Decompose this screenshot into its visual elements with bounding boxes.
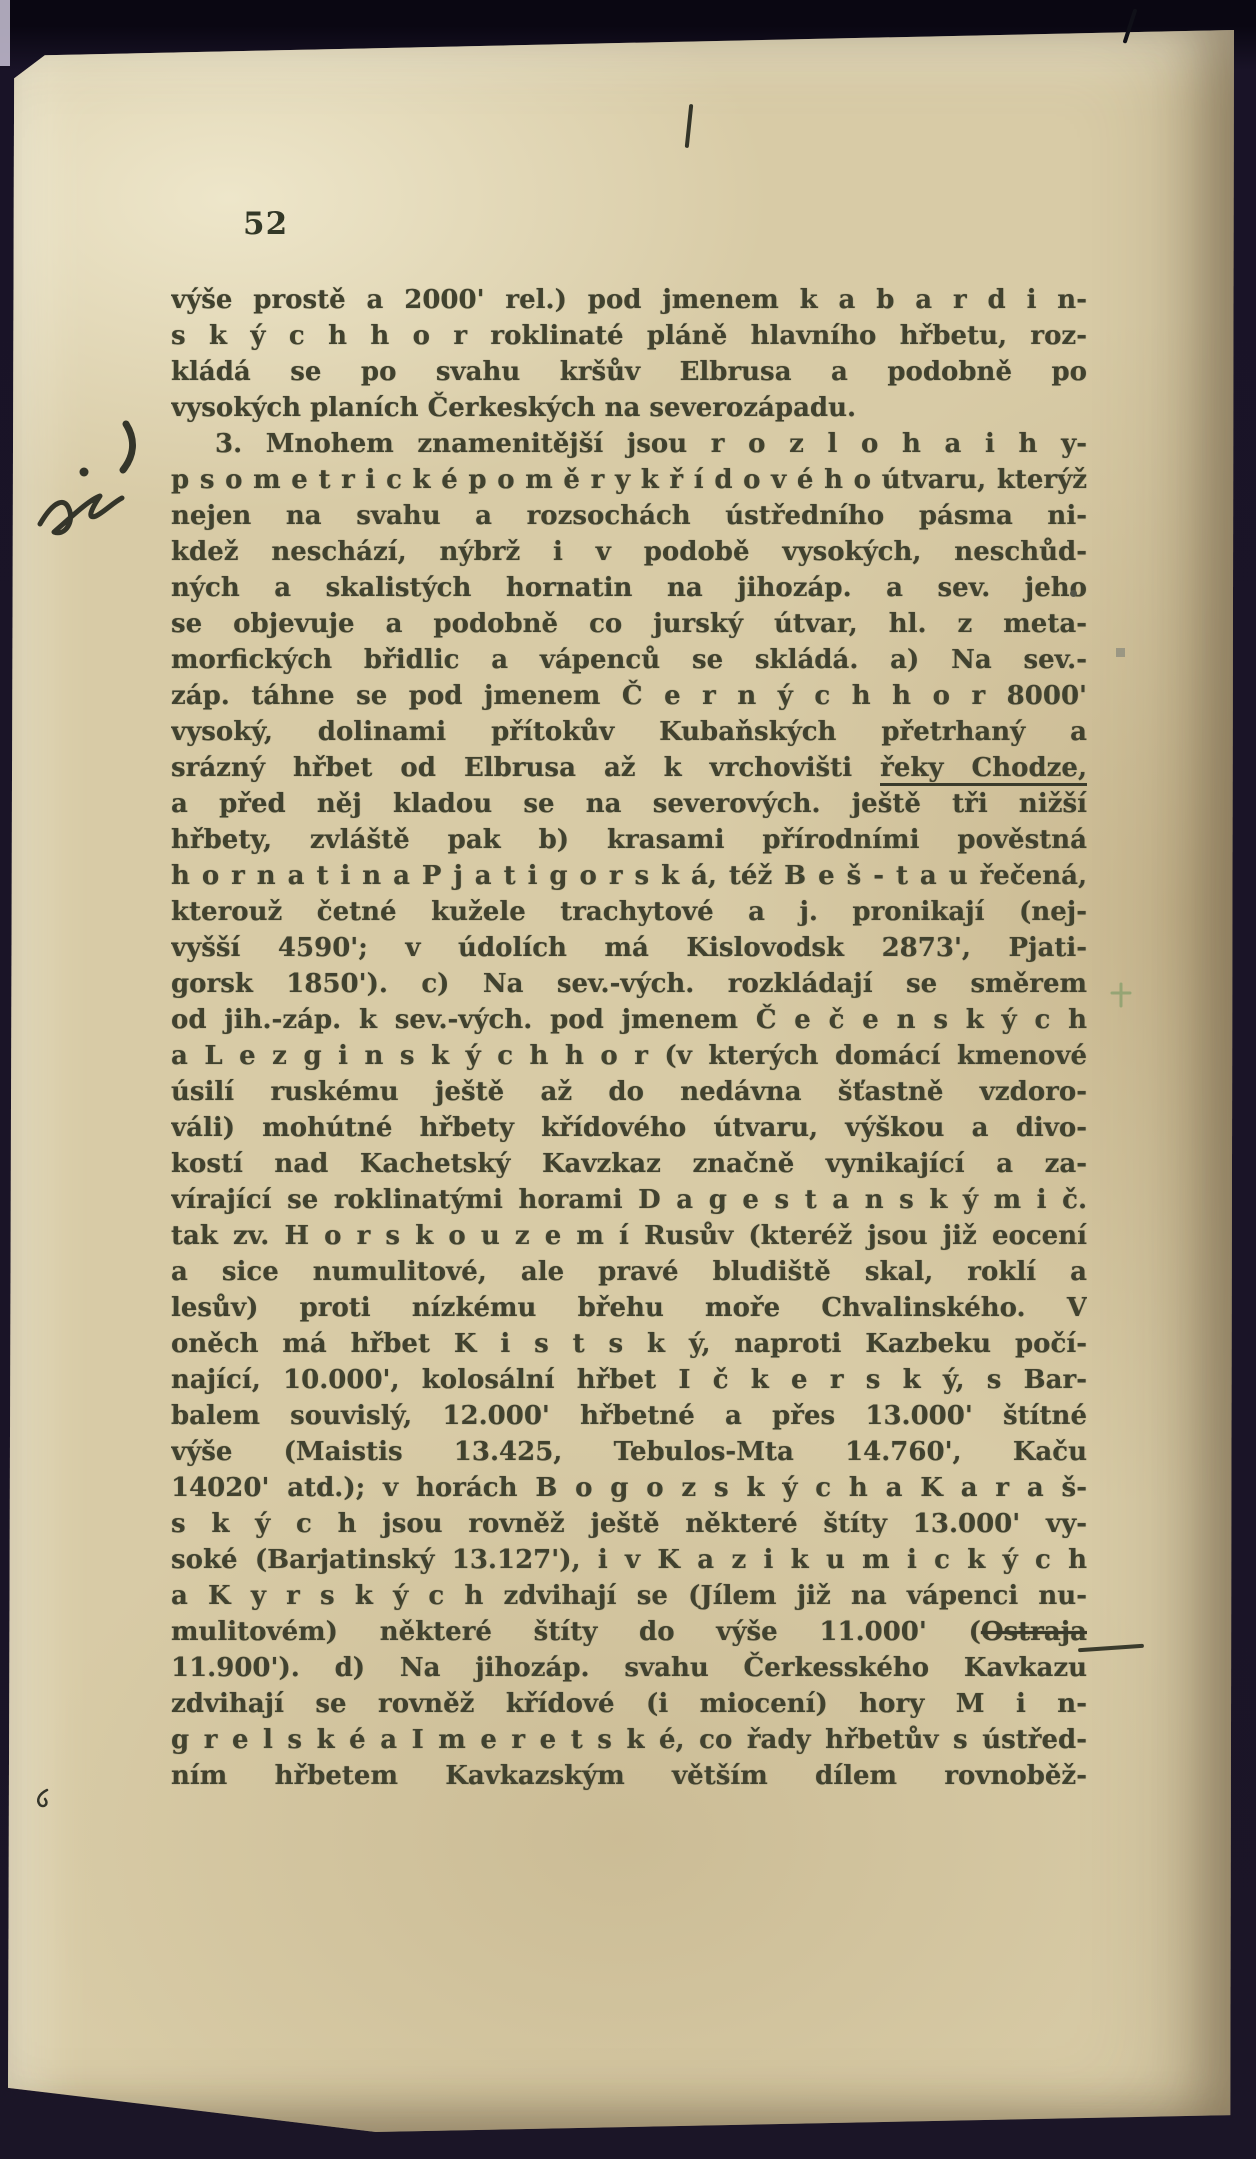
scanned-book-page: { "page": { "number": "52", "ink_color":…	[0, 0, 1256, 2159]
text-line: váli) mohútné hřbety křídového útvaru, v…	[171, 1110, 1087, 1146]
text-line: a sice numulitové, ale pravé bludiště sk…	[171, 1254, 1087, 1290]
bottom-curl-mark	[34, 1788, 52, 1810]
text-line: kdež neschází, nýbrž i v podobě vysokých…	[171, 534, 1087, 570]
text-line: od jih.-záp. k sev.-vých. pod jmenem Č e…	[171, 1002, 1087, 1038]
text-line: a L e z g i n s k ý c h h o r (v kterých…	[171, 1038, 1087, 1074]
text-line: 14020' atd.); v horách B o g o z s k ý c…	[171, 1470, 1087, 1506]
text-line: ných a skalistých hornatin na jihozáp. a…	[171, 570, 1087, 606]
ink-speck-dot	[1070, 590, 1077, 597]
text-line: záp. táhne se pod jmenem Č e r n ý c h h…	[171, 678, 1087, 714]
text-line: kterouž četné kužele trachytové a j. pro…	[171, 894, 1087, 930]
text-line: ním hřbetem Kavkazským větším dílem rovn…	[171, 1758, 1087, 1794]
page-text-block: výše prostě a 2000' rel.) pod jmenem k a…	[171, 282, 1087, 1794]
text-line: s k ý c h h o r roklinaté pláně hlavního…	[171, 318, 1087, 354]
text-line: vysoký, dolinami přítokův Kubaňských pře…	[171, 714, 1087, 750]
pen-strikethrough: Ostraja	[981, 1617, 1087, 1647]
text-line: g r e l s k é a I m e r e t s k é, co řa…	[171, 1722, 1087, 1758]
text-line: morfických břidlic a vápenců se skládá. …	[171, 642, 1087, 678]
text-line: vysokých planích Čerkeských na severozáp…	[171, 390, 1087, 426]
text-line: a K y r s k ý c h zdvihají se (Jílem již…	[171, 1578, 1087, 1614]
text-line: vírající se roklinatými horami D a g e s…	[171, 1182, 1087, 1218]
text-line: balem souvislý, 12.000' hřbetné a přes 1…	[171, 1398, 1087, 1434]
text-line: vyšší 4590'; v údolích má Kislovodsk 287…	[171, 930, 1087, 966]
pen-underline: řeky Chodze,	[880, 753, 1087, 786]
page-number: 52	[243, 206, 288, 242]
line-pre: srázný hřbet od Elbrusa až k vrchovišti	[171, 753, 880, 783]
text-line-with-pen-underline: srázný hřbet od Elbrusa až k vrchovišti …	[171, 750, 1087, 786]
text-line: úsilí ruskému ještě až do nedávna šťastn…	[171, 1074, 1087, 1110]
text-line: lesův) proti nízkému břehu moře Chvalins…	[171, 1290, 1087, 1326]
text-line: gorsk 1850'). c) Na sev.-vých. rozkládaj…	[171, 966, 1087, 1002]
scan-edge-sliver	[0, 0, 10, 66]
text-line: nající, 10.000', kolosální hřbet I č k e…	[171, 1362, 1087, 1398]
text-line: hřbety, zvláště pak b) krasami přírodním…	[171, 822, 1087, 858]
text-line: a před něj kladou se na severových. ješt…	[171, 786, 1087, 822]
text-line: kostí nad Kachetský Kavzkaz značně vynik…	[171, 1146, 1087, 1182]
text-line: h o r n a t i n a P j a t i g o r s k á,…	[171, 858, 1087, 894]
text-line: p s o m e t r i c k é p o m ě r y k ř í …	[171, 462, 1087, 498]
text-line: oněch má hřbet K i s t s k ý, naproti Ka…	[171, 1326, 1087, 1362]
green-cross-mark	[1108, 982, 1134, 1008]
margin-pen-flourish-mark	[26, 404, 166, 554]
text-line: kládá se po svahu kršův Elbrusa a podobn…	[171, 354, 1087, 390]
text-line: výše (Maistis 13.425, Tebulos-Mta 14.760…	[171, 1434, 1087, 1470]
ink-speck-square	[1116, 648, 1125, 657]
text-line: soké (Barjatinský 13.127'), i v K a z i …	[171, 1542, 1087, 1578]
text-line: výše prostě a 2000' rel.) pod jmenem k a…	[171, 282, 1087, 318]
text-line-section-start: 3. Mnohem znamenitější jsou r o z l o h …	[171, 426, 1087, 462]
text-line: tak zv. H o r s k o u z e m í Rusův (kte…	[171, 1218, 1087, 1254]
text-line: se objevuje a podobně co jurský útvar, h…	[171, 606, 1087, 642]
text-line-with-strikethrough: mulitovém) některé štíty do výše 11.000'…	[171, 1614, 1087, 1650]
text-line: 11.900'). d) Na jihozáp. svahu Čerkesské…	[171, 1650, 1087, 1686]
text-line: nejen na svahu a rozsochách ústředního p…	[171, 498, 1087, 534]
text-line: s k ý c h jsou rovněž ještě některé štít…	[171, 1506, 1087, 1542]
line-pre: mulitovém) některé štíty do výše 11.000'…	[171, 1617, 981, 1647]
text-line: zdvihají se rovněž křídové (i miocení) h…	[171, 1686, 1087, 1722]
